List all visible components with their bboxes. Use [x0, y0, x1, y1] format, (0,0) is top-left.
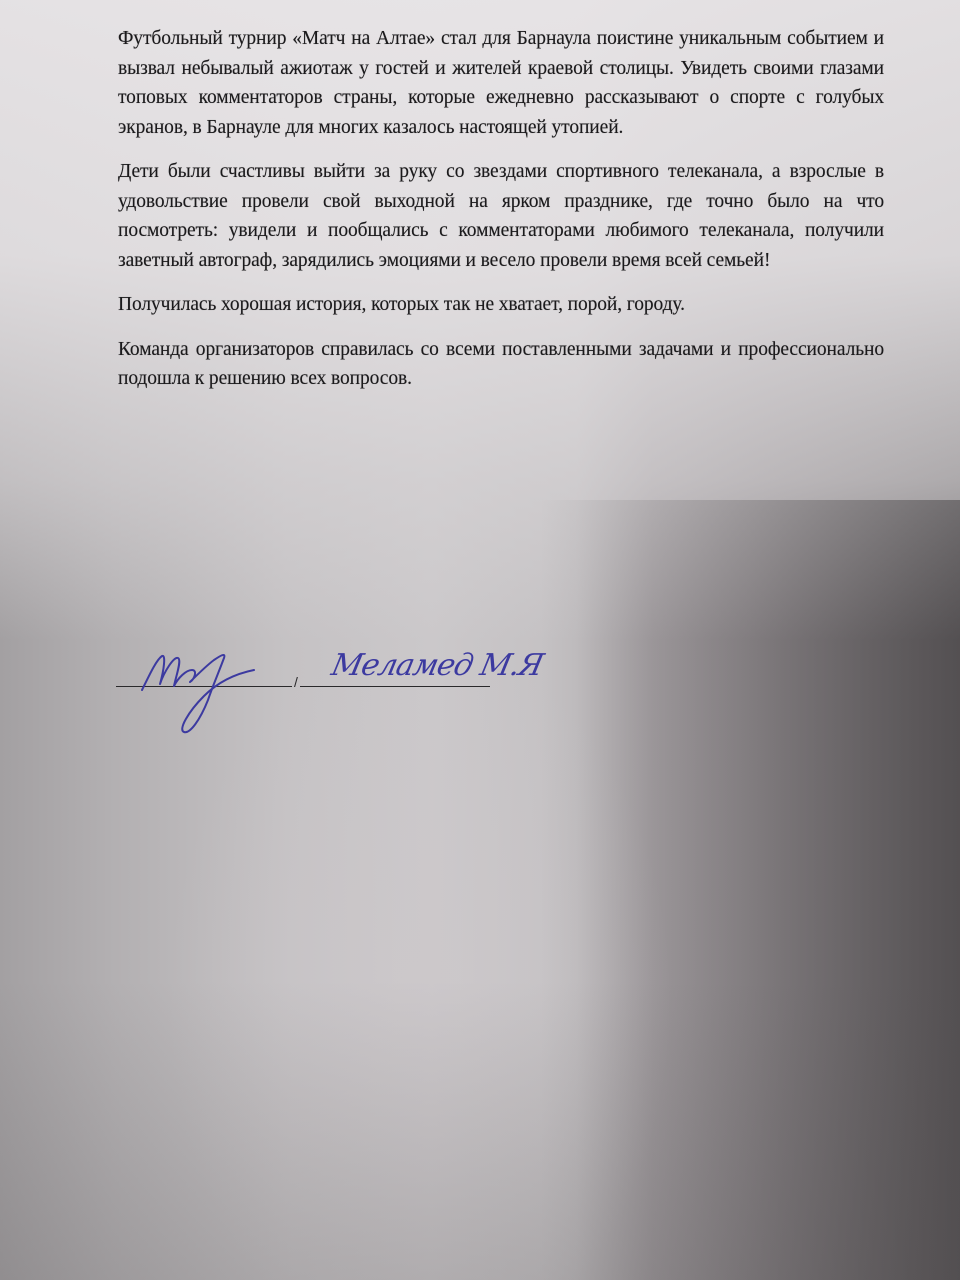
paper-shadow	[540, 500, 960, 1280]
paragraph-intro: Футбольный турнир «Матч на Алтае» стал д…	[118, 24, 884, 142]
paragraph-good-story: Получилась хорошая история, которых так …	[118, 290, 884, 320]
document-page: Футбольный турнир «Матч на Алтае» стал д…	[118, 24, 884, 409]
paper-shadow-bottom	[0, 980, 960, 1280]
paragraph-children-adults: Дети были счастливы выйти за руку со зве…	[118, 157, 884, 275]
name-line	[300, 686, 490, 687]
signature-block: / Меламед М.Я	[114, 630, 574, 750]
handwritten-name: Меламед М.Я	[328, 648, 546, 683]
paragraph-organizers: Команда организаторов справилась со всем…	[118, 335, 884, 394]
signature-icon	[114, 630, 314, 750]
